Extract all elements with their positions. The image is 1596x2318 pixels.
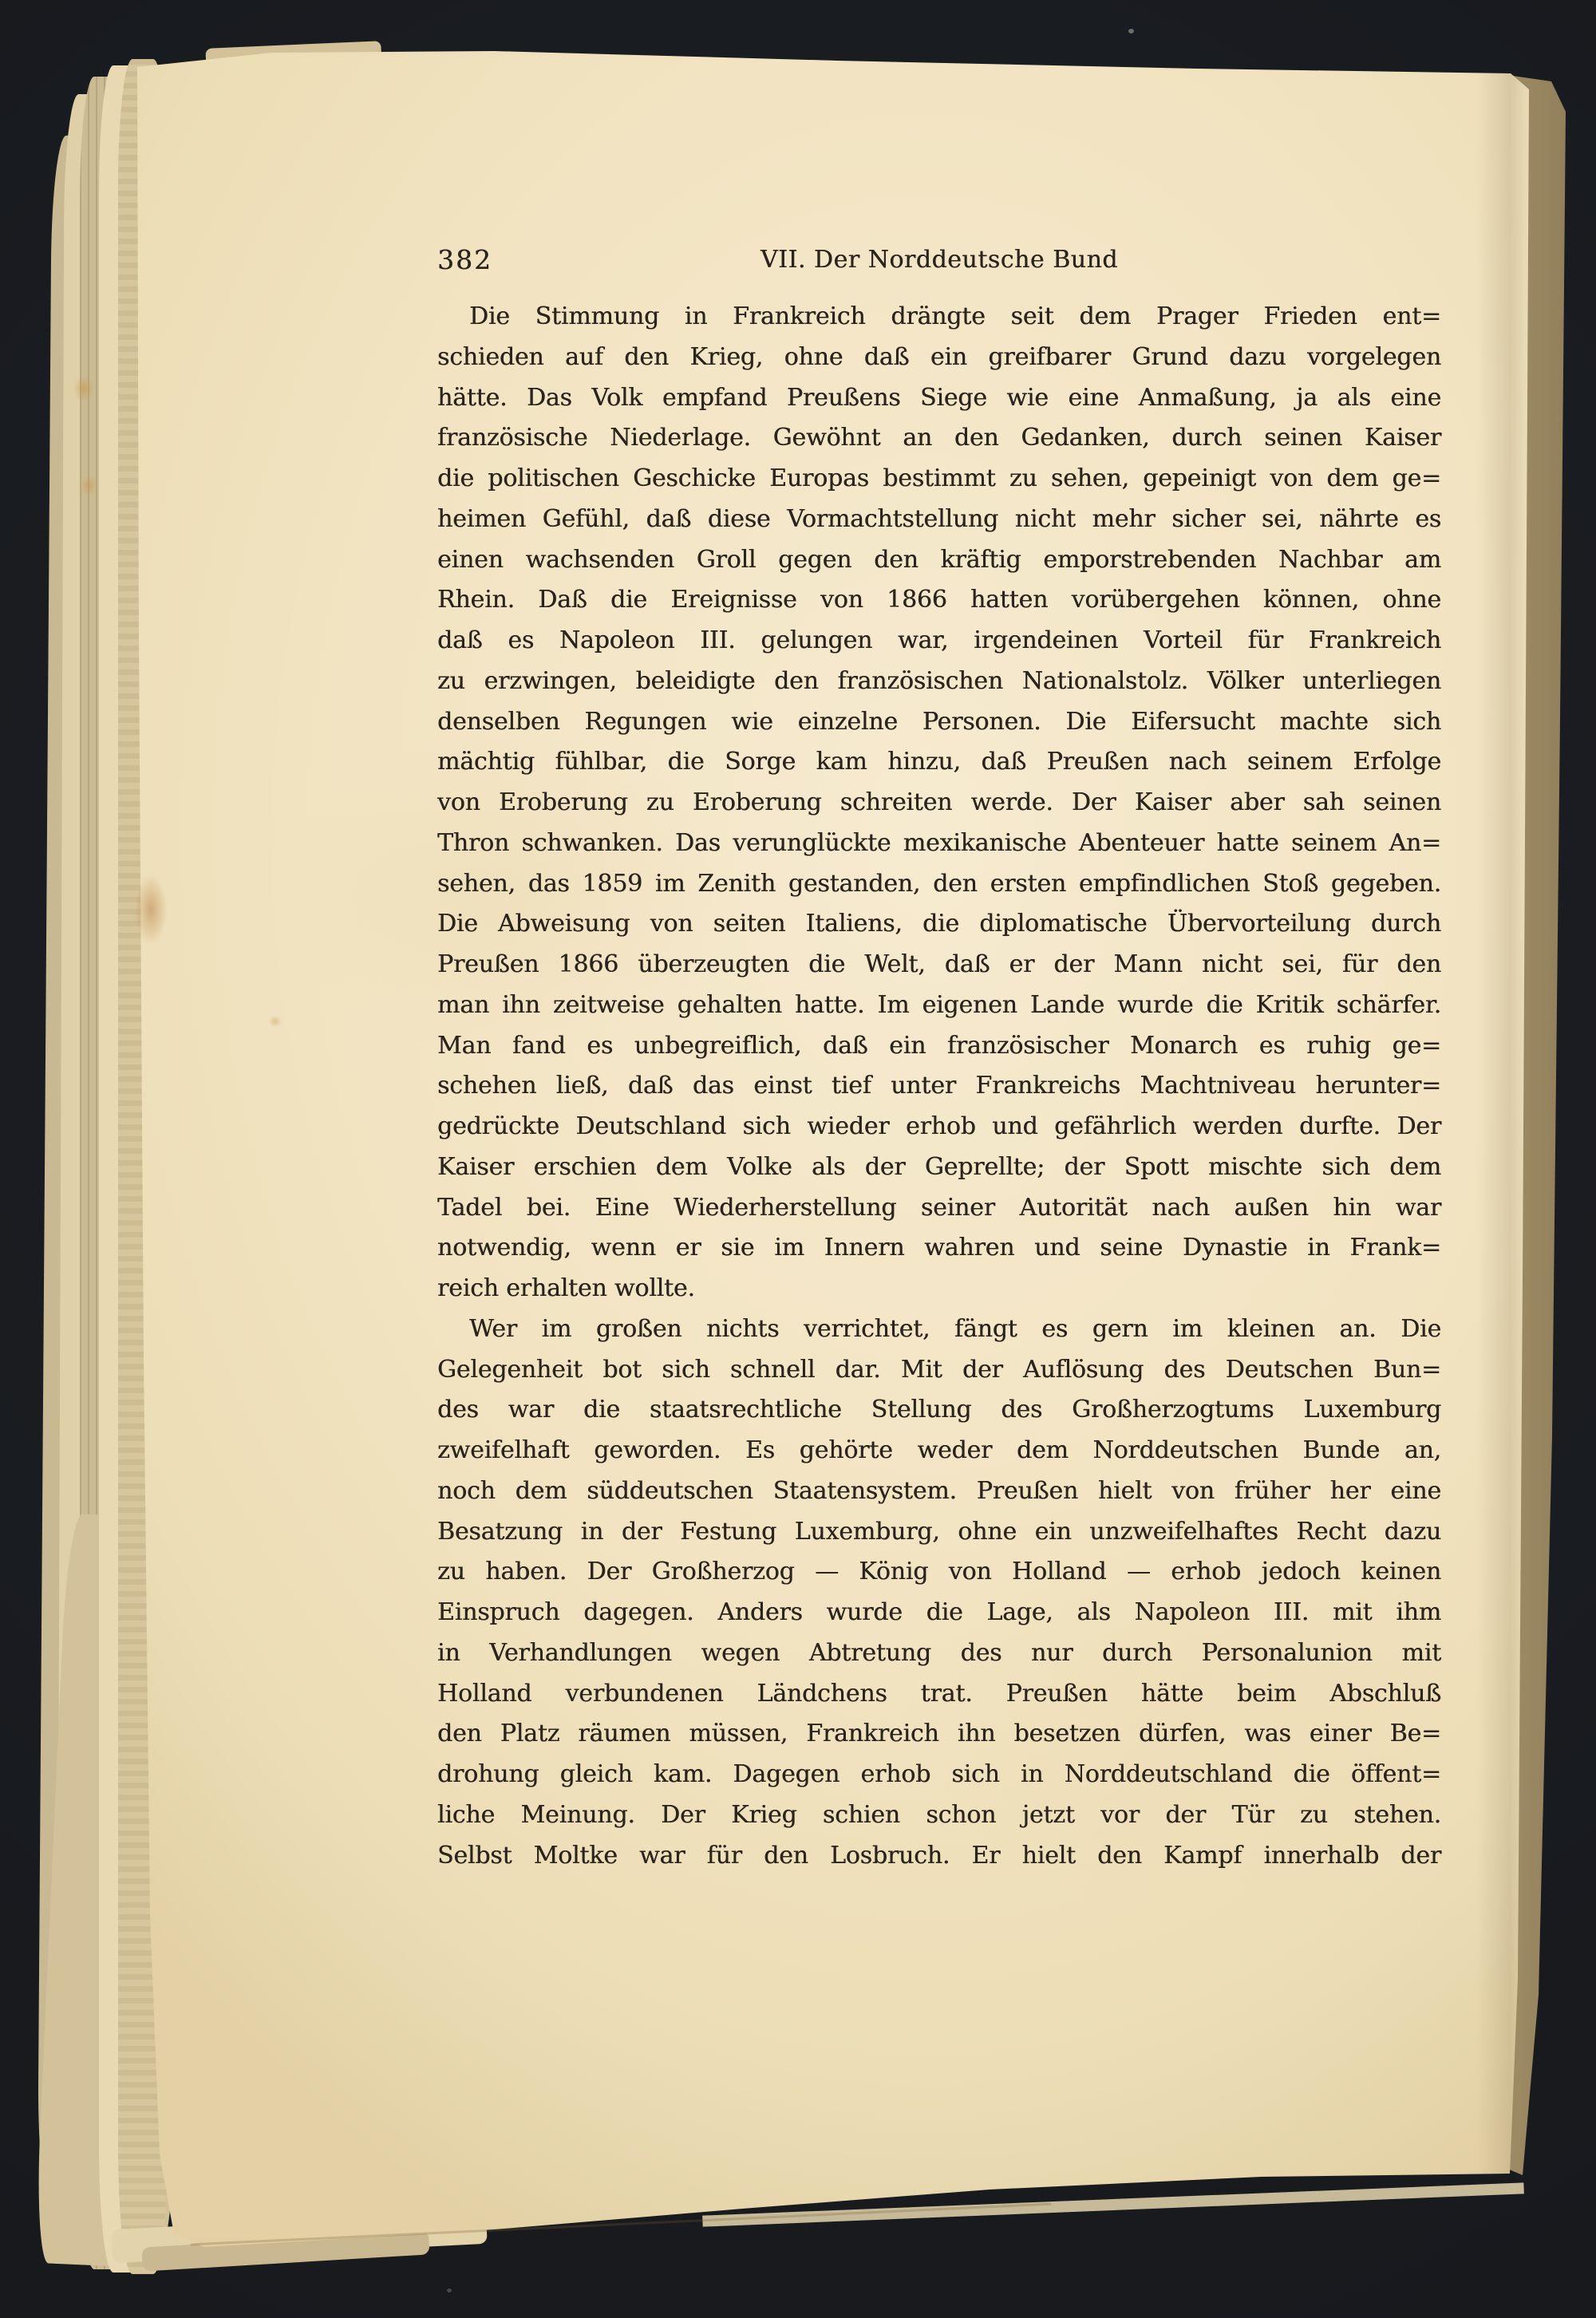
text-line: Gelegenheit bot sich schnell dar. Mit de… <box>437 1350 1441 1391</box>
foxing-spot <box>134 874 168 946</box>
text-line: Preußen 1866 überzeugten die Welt, daß e… <box>437 945 1441 985</box>
paragraph: Wer im großen nichts verrichtet, fängt e… <box>437 1309 1441 1877</box>
text-line: des war die staatsrechtliche Stellung de… <box>437 1390 1441 1431</box>
book-scan-background: 382 VII. Der Norddeutsche Bund Die Stimm… <box>0 0 1596 2318</box>
text-line: schehen ließ, daß das einst tief unter F… <box>437 1066 1441 1107</box>
text-line: einen wachsenden Groll gegen den kräftig… <box>437 540 1441 581</box>
text-line: denselben Regungen wie einzelne Personen… <box>437 702 1441 743</box>
dust-speck <box>447 2288 452 2292</box>
text-line: gedrückte Deutschland sich wieder erhob … <box>437 1107 1441 1147</box>
text-line: Man fand es unbegreiflich, daß ein franz… <box>437 1026 1441 1067</box>
text-line: in Verhandlungen wegen Abtretung des nur… <box>437 1633 1441 1674</box>
text-line: Die Stimmung in Frankreich drängte seit … <box>437 297 1441 338</box>
text-line: Tadel bei. Eine Wiederherstellung seiner… <box>437 1188 1441 1229</box>
text-line: man ihn zeitweise gehalten hatte. Im eig… <box>437 985 1441 1026</box>
running-title: VII. Der Norddeutsche Bund <box>760 246 1118 274</box>
paragraph: Die Stimmung in Frankreich drängte seit … <box>437 297 1441 1309</box>
text-line: Die Abweisung von seiten Italiens, die d… <box>437 904 1441 945</box>
text-line: heimen Gefühl, daß diese Vormachtstellun… <box>437 500 1441 540</box>
text-line: mächtig fühlbar, die Sorge kam hinzu, da… <box>437 742 1441 783</box>
text-line: reich erhalten wollte. <box>437 1269 1441 1309</box>
text-line: Besatzung in der Festung Luxemburg, ohne… <box>437 1512 1441 1553</box>
foxing-spot <box>73 375 94 402</box>
running-header: VII. Der Norddeutsche Bund <box>437 246 1441 274</box>
text-line: liche Meinung. Der Krieg schien schon je… <box>437 1795 1441 1836</box>
text-line: die politischen Geschicke Europas bestim… <box>437 459 1441 500</box>
text-column: Die Stimmung in Frankreich drängte seit … <box>437 297 1441 1876</box>
text-line: noch dem süddeutschen Staatensystem. Pre… <box>437 1471 1441 1512</box>
dust-speck <box>1128 29 1134 34</box>
text-line: drohung gleich kam. Dagegen erhob sich i… <box>437 1755 1441 1795</box>
text-line: von Eroberung zu Eroberung schreiten wer… <box>437 783 1441 823</box>
foxing-spot <box>268 1015 282 1028</box>
text-line: zweifelhaft geworden. Es gehörte weder d… <box>437 1431 1441 1471</box>
text-line: zu erzwingen, beleidigte den französisch… <box>437 661 1441 702</box>
text-line: Einspruch dagegen. Anders wurde die Lage… <box>437 1593 1441 1633</box>
text-line: Rhein. Daß die Ereignisse von 1866 hatte… <box>437 580 1441 621</box>
text-line: Kaiser erschien dem Volke als der Geprel… <box>437 1147 1441 1188</box>
text-line: zu haben. Der Großherzog — König von Hol… <box>437 1552 1441 1593</box>
text-line: schieden auf den Krieg, ohne daß ein gre… <box>437 338 1441 378</box>
text-line: französische Niederlage. Gewöhnt an den … <box>437 418 1441 459</box>
text-line: Thron schwanken. Das verunglückte mexika… <box>437 823 1441 864</box>
foxing-spot <box>80 476 97 496</box>
text-line: Holland verbundenen Ländchens trat. Preu… <box>437 1674 1441 1715</box>
text-line: notwendig, wenn er sie im Innern wahren … <box>437 1228 1441 1269</box>
text-line: sehen, das 1859 im Zenith gestanden, den… <box>437 864 1441 905</box>
text-line: hätte. Das Volk empfand Preußens Siege w… <box>437 378 1441 419</box>
text-line: den Platz räumen müssen, Frankreich ihn … <box>437 1714 1441 1755</box>
text-line: Selbst Moltke war für den Losbruch. Er h… <box>437 1836 1441 1877</box>
text-line: daß es Napoleon III. gelungen war, irgen… <box>437 621 1441 661</box>
text-line: Wer im großen nichts verrichtet, fängt e… <box>437 1309 1441 1350</box>
